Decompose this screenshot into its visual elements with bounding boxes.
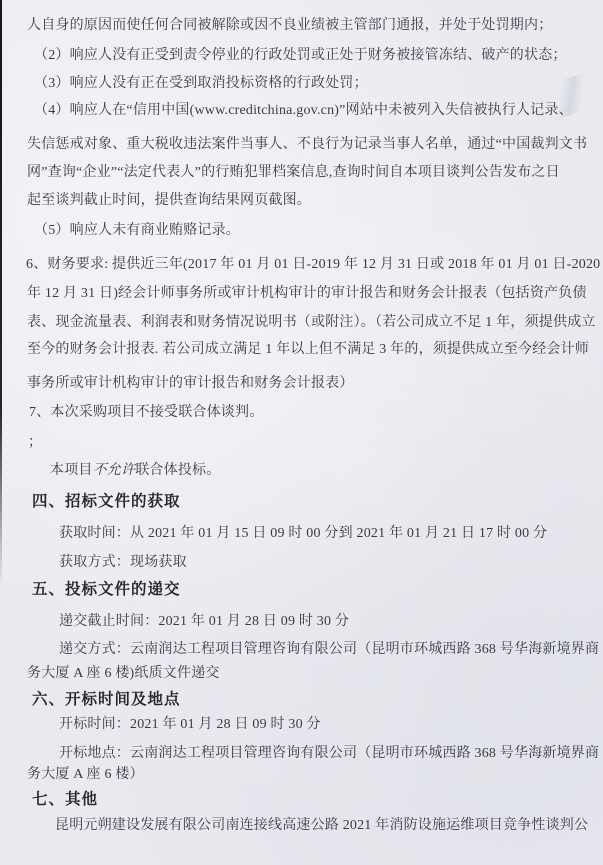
doc-line: 起至谈判截止时间，提供查询结果网页截图。	[27, 189, 311, 209]
doc-line-obtain-method: 获取方式：现场获取	[59, 551, 187, 571]
doc-line-item-6-financial: 6、财务要求: 提供近三年(2017 年 01 月 01 日-2019 年 12…	[26, 253, 600, 273]
doc-line: 人自身的原因而使任何合同被解除或因不良业绩被主管部门通报，并处于处罚期内；	[27, 14, 552, 34]
doc-line-item-3: （3）响应人没有正在受到取消投标资格的行政处罚；	[34, 72, 368, 92]
section-heading-other: 七、其他	[32, 787, 98, 809]
statement-prefix: 本项目	[50, 463, 93, 478]
section-heading-submit-documents: 五、投标文件的递交	[32, 577, 181, 599]
section-heading-obtain-documents: 四、招标文件的获取	[32, 489, 181, 511]
doc-line: 网”查询“企业”“法定代表人”的行贿犯罪档案信息,查询时间自本项目谈判公告发布之…	[27, 161, 560, 181]
doc-line: 务大厦 A 座 6 楼)纸质文件递交	[27, 662, 220, 682]
doc-line-submit-method: 递交方式：云南润达工程项目管理咨询有限公司（昆明市环城西路 368 号华海新境界…	[59, 638, 599, 658]
doc-line-opening-time: 开标时间：2021 年 01 月 28 日 09 时 30 分	[59, 713, 321, 733]
doc-line-item-5: （5）响应人未有商业贿赂记录。	[34, 219, 240, 239]
statement-emphasis: 不允许	[93, 463, 136, 478]
doc-line-item-2: （2）响应人没有正受到责令停业的行政处罚或正处于财务被接管冻结、破产的状态；	[34, 44, 567, 64]
doc-line: 事务所或审计机构审计的审计报告和财务会计报表）	[27, 372, 354, 392]
doc-line: 至今的财务会计报表. 若公司成立满足 1 年以上但不满足 3 年的，须提供成立至…	[27, 338, 589, 358]
doc-line-opening-place: 开标地点：云南润达工程项目管理咨询有限公司（昆明市环城西路 368 号华海新境界…	[59, 742, 599, 762]
doc-line: 务大厦 A 座 6 楼）	[27, 763, 144, 783]
doc-line-stray-semicolon: ；	[28, 431, 42, 451]
no-joint-bid-statement: 本项目不允许联合体投标。	[50, 459, 220, 479]
doc-line-item-7: 7、本次采购项目不接受联合体谈判。	[29, 401, 263, 421]
doc-line: 失信惩戒对象、重大税收违法案件当事人、不良行为记录当事人名单，通过“中国裁判文书	[27, 133, 587, 153]
section-heading-bid-opening: 六、开标时间及地点	[32, 687, 181, 709]
scanned-document-page: 人自身的原因而使任何合同被解除或因不良业绩被主管部门通报，并处于处罚期内； （2…	[0, 0, 603, 865]
doc-line-obtain-time: 获取时间：从 2021 年 01 月 15 日 09 时 00 分到 2021 …	[59, 522, 547, 542]
doc-line-project-name: 昆明元朔建设发展有限公司南连接线高速公路 2021 年消防设施运维项目竞争性谈判…	[55, 814, 588, 834]
doc-line-submit-deadline: 递交截止时间：2021 年 01 月 28 日 09 时 30 分	[59, 610, 349, 630]
scan-edge-artifact	[0, 0, 2, 588]
doc-line: 年 12 月 31 日)经会计师事务所或审计机构审计的审计报告和财务会计报表（包…	[27, 282, 587, 302]
doc-line: 表、现金流量表、利润表和财务情况说明书（或附注）。（若公司成立不足 1 年，须提…	[27, 311, 596, 331]
doc-line-item-4: （4）响应人在“信用中国(www.creditchina.gov.cn)”网站中…	[34, 99, 573, 119]
statement-suffix: 联合体投标。	[135, 463, 220, 478]
